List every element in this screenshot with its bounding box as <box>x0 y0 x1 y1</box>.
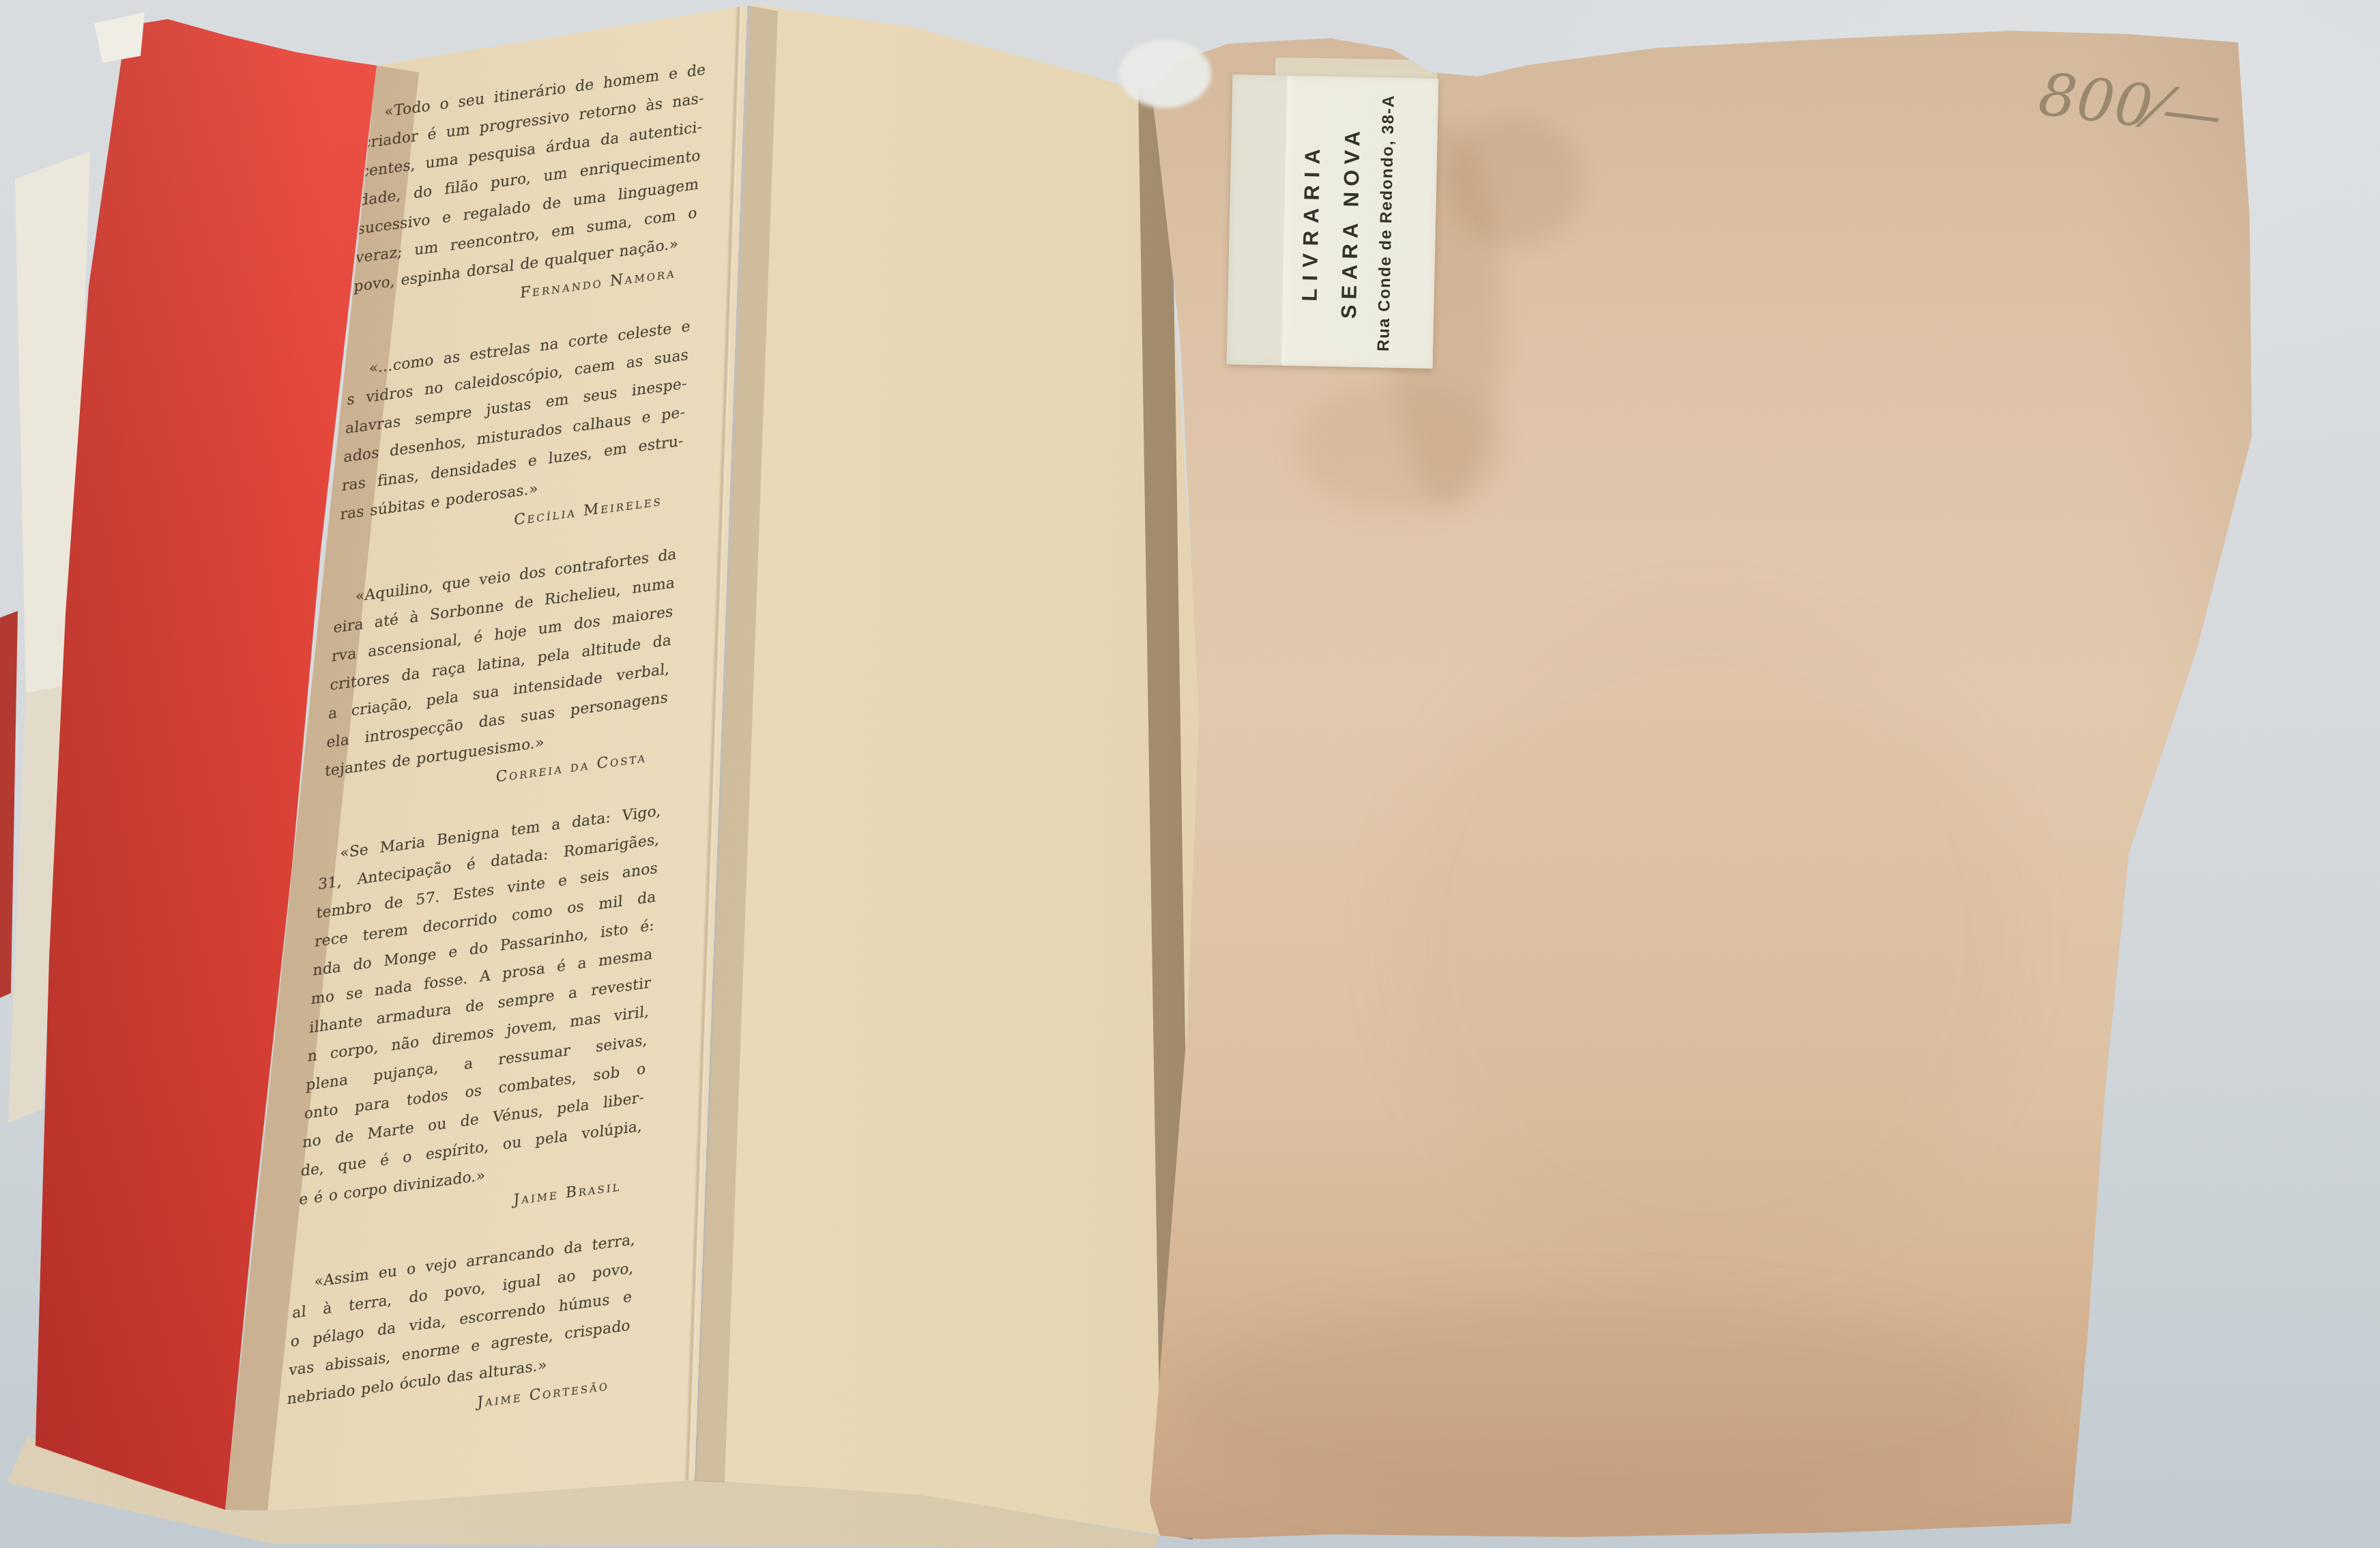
sticker-line-livraria: LIVRARIA <box>1289 84 1334 358</box>
press-quote: «Se Maria Benigna tem a data: Vigo, 31, … <box>297 797 663 1244</box>
sticker-line-address: Rua Conde de Redondo, 38-A <box>1368 86 1405 360</box>
press-quote: «Assim eu o vejo arrancando da terra, al… <box>285 1226 637 1443</box>
stain <box>1296 382 1501 512</box>
stain <box>1174 1297 2027 1515</box>
quote-lines: «Se Maria Benigna tem a data: Vigo, 31, … <box>298 797 662 1215</box>
paper-glare-spot <box>1119 40 1211 108</box>
sticker-text: LIVRARIA SEARA NOVA Rua Conde de Redondo… <box>1289 84 1405 359</box>
stain <box>1399 614 2013 1263</box>
press-quote: «...como as estrelas na corte celeste e … <box>338 313 691 558</box>
sticker-line-seara-nova: SEARA NOVA <box>1329 85 1374 359</box>
open-book-photo: «Todo o seu itinerário de homem e de cri… <box>0 0 2380 1548</box>
bookseller-sticker: LIVRARIA SEARA NOVA Rua Conde de Redondo… <box>1227 74 1439 369</box>
press-quote: «Aquilino, que veio dos contrafortes da … <box>322 541 678 815</box>
handwritten-price: 800⁄— <box>2035 60 2274 156</box>
stain <box>1447 116 1583 246</box>
